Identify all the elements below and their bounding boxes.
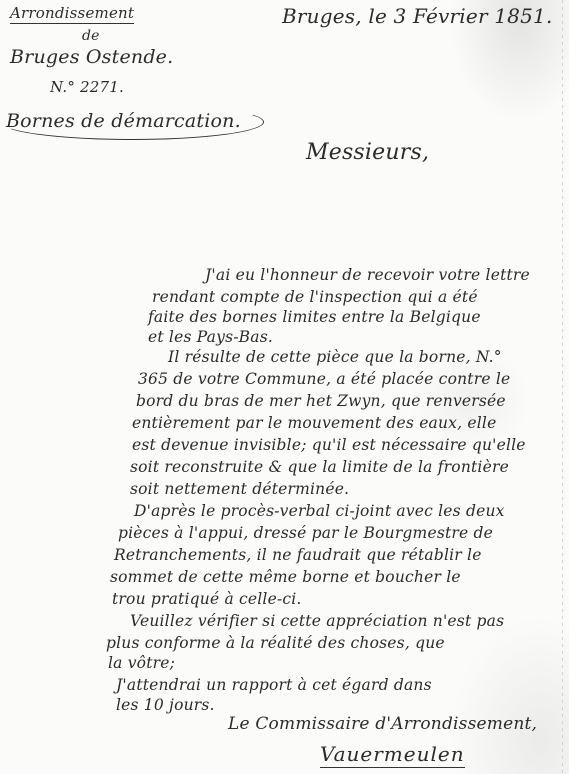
body-line: Retranchements, il ne faudrait que rétab… xyxy=(114,546,482,564)
body-line: soit nettement déterminée. xyxy=(130,480,349,498)
salutation: Messieurs, xyxy=(306,140,429,165)
body-line: J'ai eu l'honneur de recevoir votre lett… xyxy=(205,266,530,284)
body-line: J'attendrai un rapport à cet égard dans xyxy=(116,676,432,694)
body-line: et les Pays-Bas. xyxy=(148,328,273,346)
closing: Le Commissaire d'Arrondissement, xyxy=(228,714,537,734)
body-line: sommet de cette même borne et boucher le xyxy=(110,568,461,586)
body-line: Il résulte de cette pièce que la borne, … xyxy=(168,348,502,366)
body-line: Veuillez vérifier si cette appréciation … xyxy=(130,612,504,630)
office-district: Bruges Ostende. xyxy=(10,46,173,68)
body-line: plus conforme à la réalité des choses, q… xyxy=(106,634,445,652)
body-line: est devenue invisible; qu'il est nécessa… xyxy=(132,436,526,454)
signature: Vauermeulen xyxy=(320,742,465,768)
body-line: pièces à l'appui, dressé par le Bourgmes… xyxy=(118,524,493,542)
reference-number: N.° 2271. xyxy=(50,78,124,96)
office-preposition: de xyxy=(82,28,100,44)
body-line: rendant compte de l'inspection qui a été xyxy=(152,288,478,306)
subject-bracket xyxy=(0,104,264,140)
body-line: faite des bornes limites entre la Belgiq… xyxy=(148,308,481,326)
place-date: Bruges, le 3 Février 1851. xyxy=(282,4,553,28)
letter-page: Arrondissement de Bruges Ostende. N.° 22… xyxy=(0,0,569,774)
body-line: trou pratiqué à celle-ci. xyxy=(112,590,302,608)
office-title: Arrondissement xyxy=(10,4,134,24)
body-line: la vôtre; xyxy=(108,654,175,672)
body-line: 365 de votre Commune, a été placée contr… xyxy=(138,370,510,388)
body-line: soit reconstruite & que la limite de la … xyxy=(130,458,509,476)
body-line: bord du bras de mer het Zwyn, que renver… xyxy=(136,392,506,410)
body-line: D'après le procès-verbal ci-joint avec l… xyxy=(134,502,505,520)
body-line: les 10 jours. xyxy=(116,696,215,714)
page-edge xyxy=(562,0,563,774)
body-line: entièrement par le mouvement des eaux, e… xyxy=(132,414,496,432)
